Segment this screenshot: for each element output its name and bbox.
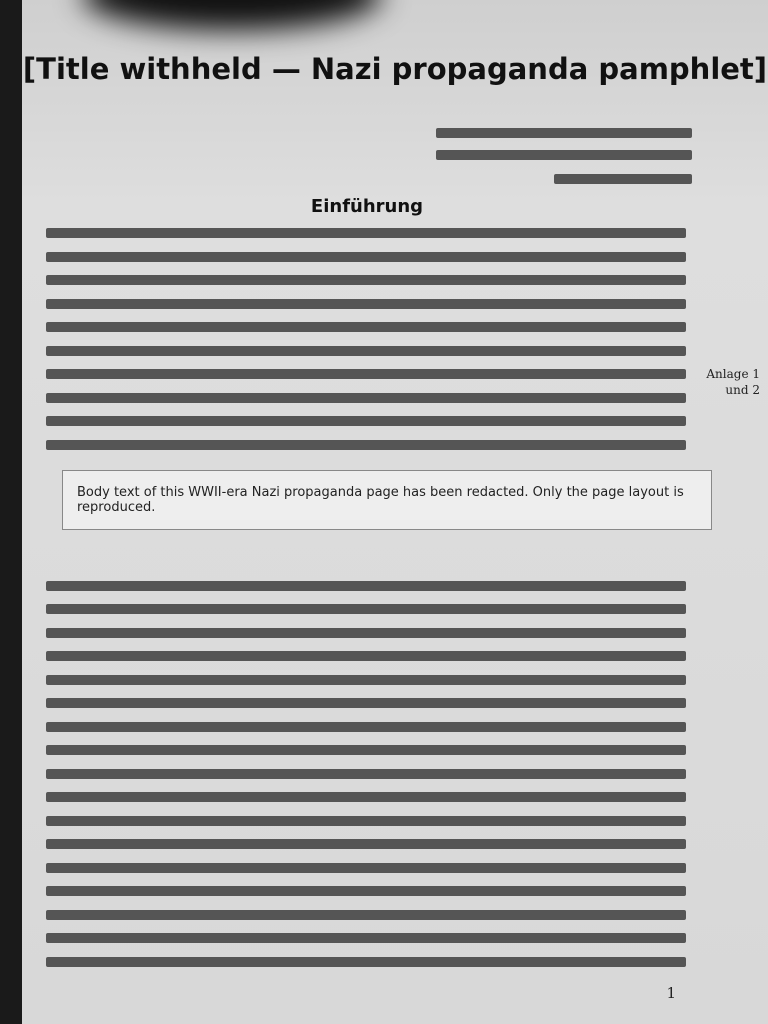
redacted-line: [46, 416, 686, 426]
redacted-line: [46, 604, 686, 614]
redacted-line: [46, 769, 686, 779]
book-page: [Title withheld — Nazi propaganda pamphl…: [22, 0, 768, 1024]
redacted-line: [46, 628, 686, 638]
redacted-line: [46, 228, 686, 238]
redacted-line: [46, 910, 686, 920]
redacted-line: [46, 393, 686, 403]
redacted-line: [46, 886, 686, 896]
epigraph-redacted: [436, 128, 692, 138]
redacted-line: [46, 369, 686, 379]
redacted-line: [46, 651, 686, 661]
redacted-line: [46, 816, 686, 826]
redacted-line: [46, 252, 686, 262]
redacted-line: [46, 275, 686, 285]
redacted-line: [46, 933, 686, 943]
redacted-line: [46, 299, 686, 309]
redacted-line: [46, 581, 686, 591]
redacted-line: [46, 863, 686, 873]
redacted-line: [46, 440, 686, 450]
redacted-line: [46, 322, 686, 332]
margin-note: Anlage 1 und 2: [698, 366, 760, 398]
redacted-line: [46, 957, 686, 967]
redacted-line: [46, 839, 686, 849]
epigraph-attribution-redacted: [554, 174, 692, 184]
redacted-line: [46, 675, 686, 685]
redacted-line: [46, 698, 686, 708]
page-title: [Title withheld — Nazi propaganda pamphl…: [22, 52, 768, 86]
section-heading: Einführung: [22, 196, 712, 217]
redacted-line: [46, 792, 686, 802]
redacted-line: [46, 346, 686, 356]
page-shadow: [82, 0, 382, 30]
redaction-notice: Body text of this WWII-era Nazi propagan…: [62, 470, 712, 530]
epigraph-redacted: [436, 150, 692, 160]
redacted-line: [46, 722, 686, 732]
page-number: 1: [666, 984, 676, 1002]
redacted-line: [46, 745, 686, 755]
